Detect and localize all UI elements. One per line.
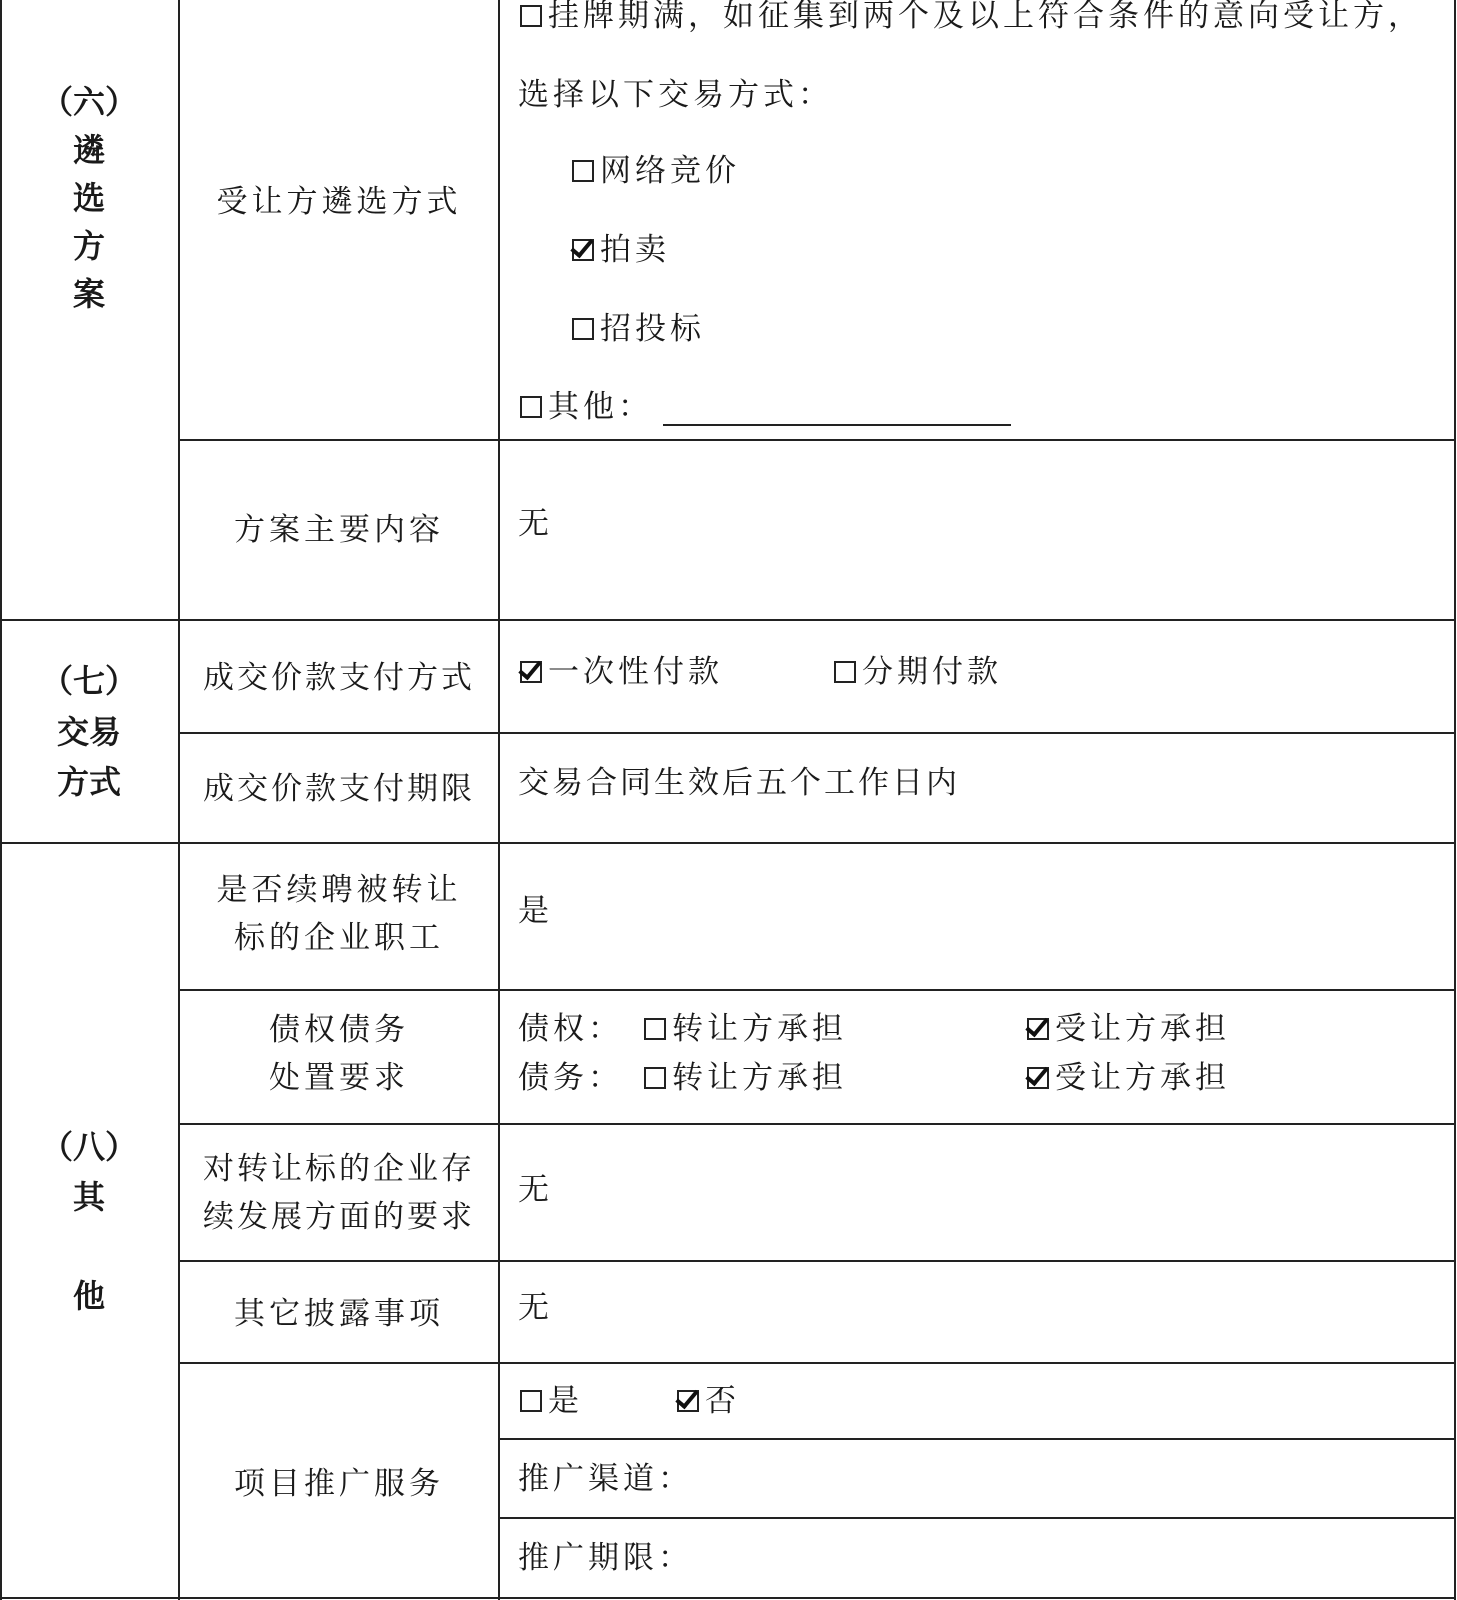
value-other-disclosures: 无 [518, 1290, 553, 1327]
creditor-rights-row: 债权： [518, 1011, 623, 1048]
row-divider [178, 1362, 1456, 1364]
value-payment-deadline: 交易合同生效后五个工作日内 [518, 765, 960, 802]
other-input-line[interactable] [663, 398, 1011, 426]
value-plan-main-content: 无 [518, 506, 553, 543]
option-installment[interactable]: 分期付款 [834, 654, 1002, 691]
column-divider-2 [498, 0, 500, 1600]
option-auction[interactable]: 拍卖 [572, 232, 670, 269]
checkbox-unchecked[interactable] [520, 1390, 542, 1412]
table-border-bottom [0, 1597, 1456, 1599]
row-divider [178, 732, 1456, 734]
option-online-bidding[interactable]: 网络竞价 [572, 153, 740, 190]
intro-line1: 挂牌期满，如征集到两个及以上符合条件的意向受让方， [520, 0, 1423, 35]
row-divider [178, 1260, 1456, 1262]
label-employee-retention: 是否续聘被转让 标的企业职工 [180, 866, 498, 962]
label-other-disclosures: 其它披露事项 [180, 1290, 498, 1338]
row-divider [178, 1123, 1456, 1125]
option-debt-transferee[interactable]: 受让方承担 [1027, 1060, 1230, 1097]
label-project-promotion: 项目推广服务 [180, 1460, 498, 1508]
section-seven-title: （七） 交易 方式 [0, 656, 178, 808]
label-payment-method: 成交价款支付方式 [180, 654, 498, 702]
section-six-title: （六） 遴 选 方 案 [0, 78, 178, 318]
checkbox-unchecked[interactable] [520, 396, 542, 418]
table-border-right [1454, 0, 1456, 1600]
option-creditor-transferee[interactable]: 受让方承担 [1027, 1011, 1230, 1048]
checkbox-checked[interactable] [520, 661, 542, 683]
section-eight-title: （八） 其 他 [0, 1123, 178, 1321]
label-sustainable-development: 对转让标的企业存 续发展方面的要求 [180, 1145, 498, 1241]
checkbox-unchecked[interactable] [572, 318, 594, 340]
label-payment-deadline: 成交价款支付期限 [180, 765, 498, 813]
value-employee-retention: 是 [518, 893, 553, 930]
section-divider [0, 842, 1456, 844]
row-divider [178, 989, 1456, 991]
checkbox-unchecked[interactable] [644, 1018, 666, 1040]
checkbox-checked[interactable] [1027, 1067, 1049, 1089]
promotion-channel-field[interactable]: 推广渠道： [518, 1461, 693, 1498]
section-divider [0, 619, 1456, 621]
option-promotion-yes[interactable]: 是 [520, 1383, 583, 1420]
option-other[interactable]: 其他： [520, 389, 1011, 426]
option-creditor-transferor[interactable]: 转让方承担 [644, 1011, 847, 1048]
checkbox-checked[interactable] [572, 239, 594, 261]
intro-line2: 选择以下交易方式： [518, 77, 833, 114]
label-debt-handling: 债权债务 处置要求 [180, 1006, 498, 1102]
sub-row-divider [498, 1438, 1456, 1440]
option-debt-transferor[interactable]: 转让方承担 [644, 1060, 847, 1097]
checkbox-checked[interactable] [677, 1390, 699, 1412]
label-plan-main-content: 方案主要内容 [180, 506, 498, 554]
option-promotion-no[interactable]: 否 [677, 1383, 740, 1420]
debt-row: 债务： [518, 1060, 623, 1097]
option-lump-sum[interactable]: 一次性付款 [520, 654, 723, 691]
checkbox-unchecked[interactable] [644, 1067, 666, 1089]
intro-checkbox[interactable] [520, 5, 542, 27]
checkbox-unchecked[interactable] [572, 160, 594, 182]
value-sustainable-development: 无 [518, 1172, 553, 1209]
checkbox-unchecked[interactable] [834, 661, 856, 683]
sub-row-divider [498, 1517, 1456, 1519]
label-bidder-selection-method: 受让方遴选方式 [180, 178, 498, 226]
promotion-period-field[interactable]: 推广期限： [518, 1540, 693, 1577]
row-divider [178, 439, 1456, 441]
checkbox-checked[interactable] [1027, 1018, 1049, 1040]
option-tender[interactable]: 招投标 [572, 311, 705, 348]
